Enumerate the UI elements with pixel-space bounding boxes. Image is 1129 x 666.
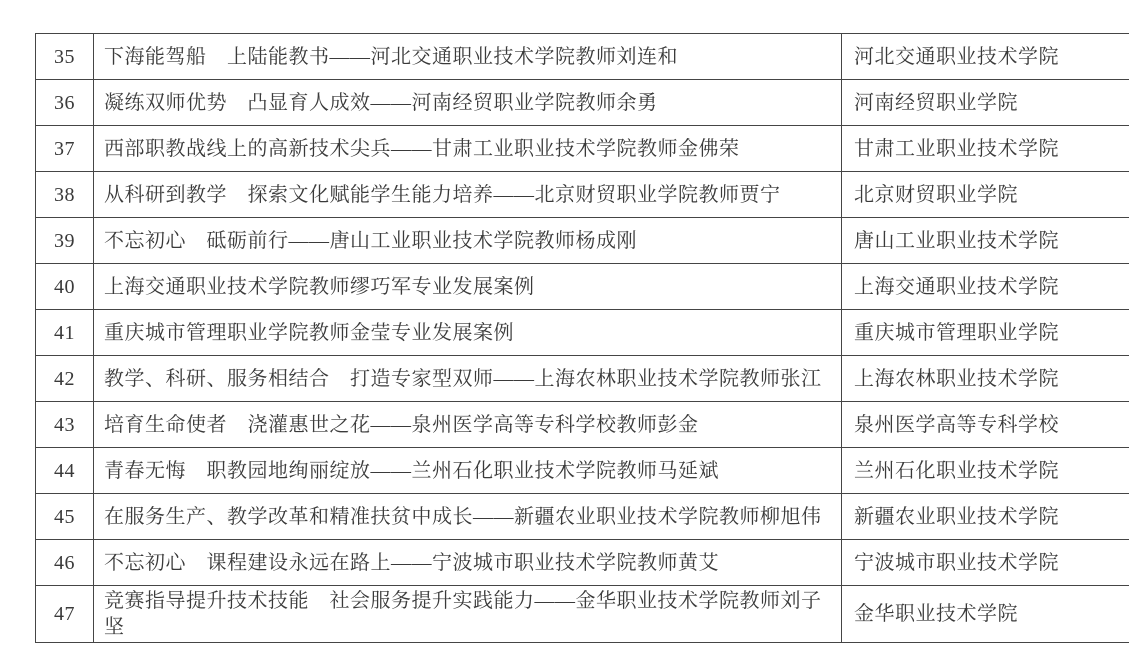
case-title: 重庆城市管理职业学院教师金莹专业发展案例 [94,310,842,356]
row-number: 44 [36,448,94,494]
case-title: 竞赛指导提升技术技能 社会服务提升实践能力——金华职业技术学院教师刘子坚 [94,586,842,643]
case-title: 在服务生产、教学改革和精准扶贫中成长——新疆农业职业技术学院教师柳旭伟 [94,494,842,540]
case-title: 不忘初心 砥砺前行——唐山工业职业技术学院教师杨成刚 [94,218,842,264]
row-number: 46 [36,540,94,586]
case-title: 教学、科研、服务相结合 打造专家型双师——上海农林职业技术学院教师张江 [94,356,842,402]
table-row: 40 上海交通职业技术学院教师缪巧军专业发展案例 上海交通职业技术学院 [36,264,1129,310]
row-number: 38 [36,172,94,218]
row-number: 40 [36,264,94,310]
institution-name: 北京财贸职业学院 [842,172,1129,218]
case-title: 青春无悔 职教园地绚丽绽放——兰州石化职业技术学院教师马延斌 [94,448,842,494]
institution-name: 重庆城市管理职业学院 [842,310,1129,356]
row-number: 37 [36,126,94,172]
row-number: 42 [36,356,94,402]
institution-name: 甘肃工业职业技术学院 [842,126,1129,172]
case-title: 凝练双师优势 凸显育人成效——河南经贸职业学院教师余勇 [94,80,842,126]
institution-name: 上海农林职业技术学院 [842,356,1129,402]
case-title: 下海能驾船 上陆能教书——河北交通职业技术学院教师刘连和 [94,34,842,80]
table-row: 43 培育生命使者 浇灌惠世之花——泉州医学高等专科学校教师彭金 泉州医学高等专… [36,402,1129,448]
table-row: 44 青春无悔 职教园地绚丽绽放——兰州石化职业技术学院教师马延斌 兰州石化职业… [36,448,1129,494]
institution-name: 泉州医学高等专科学校 [842,402,1129,448]
institution-name: 新疆农业职业技术学院 [842,494,1129,540]
teacher-case-table: 35 下海能驾船 上陆能教书——河北交通职业技术学院教师刘连和 河北交通职业技术… [35,33,1129,643]
institution-name: 金华职业技术学院 [842,586,1129,643]
row-number: 47 [36,586,94,643]
table-row: 38 从科研到教学 探索文化赋能学生能力培养——北京财贸职业学院教师贾宁 北京财… [36,172,1129,218]
institution-name: 河北交通职业技术学院 [842,34,1129,80]
case-title: 培育生命使者 浇灌惠世之花——泉州医学高等专科学校教师彭金 [94,402,842,448]
institution-name: 兰州石化职业技术学院 [842,448,1129,494]
row-number: 45 [36,494,94,540]
document-page: 35 下海能驾船 上陆能教书——河北交通职业技术学院教师刘连和 河北交通职业技术… [0,0,1129,666]
table-row: 47 竞赛指导提升技术技能 社会服务提升实践能力——金华职业技术学院教师刘子坚 … [36,586,1129,643]
case-title: 不忘初心 课程建设永远在路上——宁波城市职业技术学院教师黄艾 [94,540,842,586]
row-number: 43 [36,402,94,448]
table-row: 35 下海能驾船 上陆能教书——河北交通职业技术学院教师刘连和 河北交通职业技术… [36,34,1129,80]
institution-name: 河南经贸职业学院 [842,80,1129,126]
institution-name: 唐山工业职业技术学院 [842,218,1129,264]
table-row: 36 凝练双师优势 凸显育人成效——河南经贸职业学院教师余勇 河南经贸职业学院 [36,80,1129,126]
table-row: 39 不忘初心 砥砺前行——唐山工业职业技术学院教师杨成刚 唐山工业职业技术学院 [36,218,1129,264]
table-row: 37 西部职教战线上的高新技术尖兵——甘肃工业职业技术学院教师金佛荣 甘肃工业职… [36,126,1129,172]
table-row: 41 重庆城市管理职业学院教师金莹专业发展案例 重庆城市管理职业学院 [36,310,1129,356]
case-title: 上海交通职业技术学院教师缪巧军专业发展案例 [94,264,842,310]
institution-name: 宁波城市职业技术学院 [842,540,1129,586]
row-number: 41 [36,310,94,356]
table-row: 46 不忘初心 课程建设永远在路上——宁波城市职业技术学院教师黄艾 宁波城市职业… [36,540,1129,586]
row-number: 36 [36,80,94,126]
institution-name: 上海交通职业技术学院 [842,264,1129,310]
row-number: 35 [36,34,94,80]
row-number: 39 [36,218,94,264]
table-row: 45 在服务生产、教学改革和精准扶贫中成长——新疆农业职业技术学院教师柳旭伟 新… [36,494,1129,540]
case-title: 从科研到教学 探索文化赋能学生能力培养——北京财贸职业学院教师贾宁 [94,172,842,218]
table-row: 42 教学、科研、服务相结合 打造专家型双师——上海农林职业技术学院教师张江 上… [36,356,1129,402]
case-title: 西部职教战线上的高新技术尖兵——甘肃工业职业技术学院教师金佛荣 [94,126,842,172]
